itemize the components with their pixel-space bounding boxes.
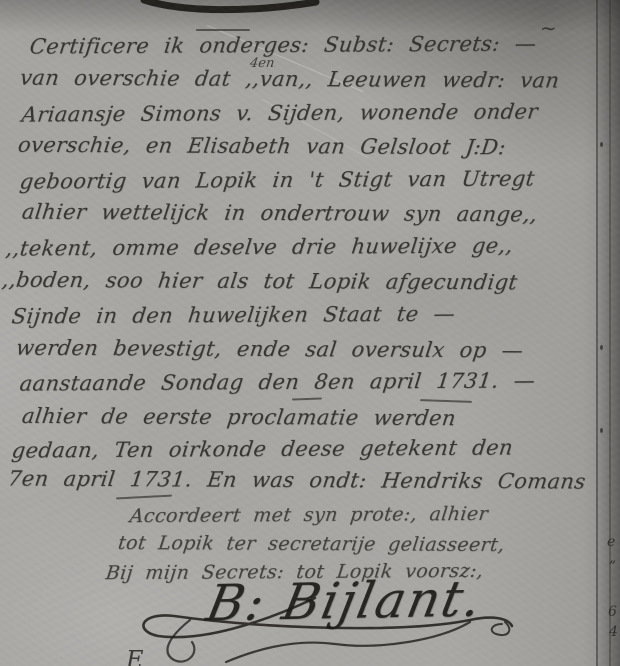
manuscript-line: Sijnde in den huwelijken Staat te —: [10, 301, 456, 330]
margin-text-fragment: 4: [609, 624, 618, 640]
manuscript-line: ,,boden, soo hier als tot Lopik afgecund…: [1, 267, 520, 296]
rule-tick: [600, 428, 603, 433]
manuscript-line: ,,tekent, omme deselve drie huwelijxe ge…: [4, 232, 514, 261]
underline-mark: [292, 397, 322, 400]
abbreviation-overline-mark: [196, 29, 250, 31]
attestation-line: Accordeert met syn prote:, alhier: [128, 501, 489, 529]
margin-text-fragment: e: [607, 534, 615, 550]
manuscript-line: 7en april 1731. En was ondt: Hendriks Co…: [7, 465, 588, 494]
bottom-edge-letter-fragment: E: [126, 646, 144, 666]
manuscript-line: van overschie dat ,,van,, Leeuwen wedr: …: [19, 65, 561, 94]
manuscript-line: Ariaansje Simons v. Sijden, wonende onde…: [20, 98, 539, 127]
manuscript-line: geboortig van Lopik in 't Stigt van Utre…: [18, 165, 536, 194]
rule-tick: [600, 345, 603, 350]
margin-text-fragment: „: [609, 550, 616, 566]
manuscript-line: Certificere ik onderges: Subst: Secrets:…: [28, 30, 538, 59]
attestation-line: tot Lopik ter secretarije geliasseert,: [116, 530, 506, 558]
margin-text-fragment: 6: [608, 604, 617, 620]
manuscript-line: alhier de eerste proclamatie werden: [20, 403, 457, 431]
margin-rule-line: [609, 0, 611, 666]
manuscript-line: aanstaande Sondag den 8en april 1731. —: [18, 367, 537, 396]
manuscript-line: alhier wettelijck in ondertrouw syn aang…: [21, 199, 540, 228]
underline-mark: [420, 399, 472, 403]
scanned-manuscript-page: Certificere ik onderges: Subst: Secrets:…: [0, 0, 620, 666]
rule-tick: [600, 142, 603, 147]
abbreviation-tilde-mark: ~: [538, 16, 558, 40]
manuscript-line: overschie, en Elisabeth van Gelsloot J:D…: [16, 132, 507, 161]
interlinear-insertion: 4en: [249, 56, 275, 71]
manuscript-line: werden bevestigt, ende sal oversulx op —: [15, 335, 525, 364]
manuscript-line: gedaan, Ten oirkonde deese getekent den: [10, 434, 514, 463]
margin-rule-line: [596, 0, 598, 666]
top-edge-ink-remnant: [140, 0, 320, 16]
signature-flourish: [130, 596, 550, 666]
underline-mark: [116, 495, 172, 500]
